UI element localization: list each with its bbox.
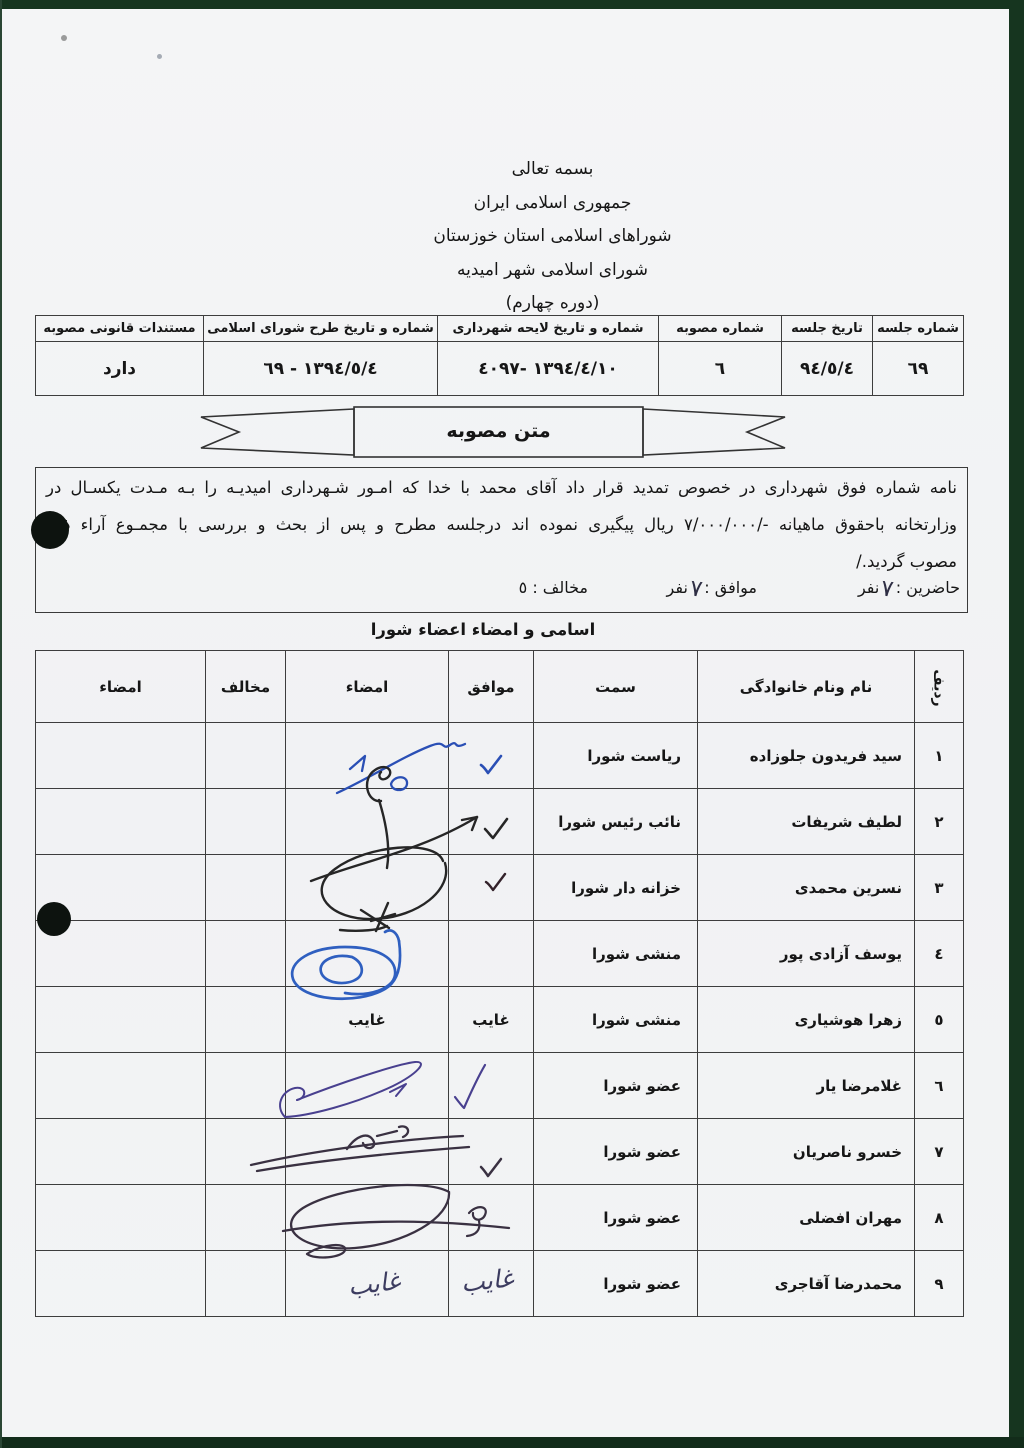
sig-agree-cell bbox=[286, 723, 449, 789]
sig-oppose-cell bbox=[36, 1053, 206, 1119]
agree-cell bbox=[449, 921, 534, 987]
attendance-present: حاضرین :٧نفر bbox=[790, 578, 960, 601]
header-row-no: ردیف bbox=[915, 651, 964, 723]
agree-cell-absent: غایب bbox=[449, 987, 534, 1053]
member-no: ٧ bbox=[915, 1119, 964, 1185]
members-table: امضاء مخالف امضاء موافق سمت نام ونام خان… bbox=[35, 650, 964, 1317]
member-name: خسرو ناصریان bbox=[698, 1119, 915, 1185]
header-session-no: شماره جلسه bbox=[873, 316, 964, 342]
member-row-6: عضو شورا غلامرضا یار ٦ bbox=[36, 1053, 964, 1119]
member-no: ٤ bbox=[915, 921, 964, 987]
agree-count-handwritten: ٧ bbox=[689, 577, 704, 601]
member-name: یوسف آزادی پور bbox=[698, 921, 915, 987]
oppose-count: ٥ bbox=[519, 578, 528, 597]
member-row-8: عضو شورا مهران افضلی ٨ bbox=[36, 1185, 964, 1251]
oppose-cell bbox=[206, 1185, 286, 1251]
hole-punch-mark-top bbox=[31, 511, 69, 549]
member-no: ١ bbox=[915, 723, 964, 789]
header-session-date: تاریخ جلسه bbox=[782, 316, 873, 342]
member-row-5: غایب غایب منشی شورا زهرا هوشیاری ٥ bbox=[36, 987, 964, 1053]
header-position: سمت bbox=[534, 651, 698, 723]
value-municipality-bill-no-date: ١٣٩٤/٤/١٠ -٤٠٩٧ bbox=[438, 342, 659, 396]
oppose-cell bbox=[206, 855, 286, 921]
sig-oppose-cell bbox=[36, 1251, 206, 1317]
banner-title: متن مصوبه bbox=[354, 405, 643, 457]
member-no: ٦ bbox=[915, 1053, 964, 1119]
resolution-line-1: نامه شماره فوق شهرداری در خصوص تمدید قرا… bbox=[46, 478, 957, 497]
sig-agree-cell-absent: غایب bbox=[286, 987, 449, 1053]
scanner-edge-top bbox=[0, 0, 1024, 9]
header-resolution-no: شماره مصوبه bbox=[659, 316, 782, 342]
member-position: عضو شورا bbox=[534, 1119, 698, 1185]
member-position: نائب رئیس شورا bbox=[534, 789, 698, 855]
resolution-info-table: مستندات قانونی مصوبه شماره و تاریخ طرح ش… bbox=[35, 315, 964, 396]
member-no: ٥ bbox=[915, 987, 964, 1053]
attendance-agree: موافق :٧نفر bbox=[612, 578, 757, 601]
city-council-line: شورای اسلامی شهر امیدیه bbox=[80, 254, 1024, 288]
value-session-date: ٩٤/٥/٤ bbox=[782, 342, 873, 396]
header-signature-oppose: امضاء bbox=[36, 651, 206, 723]
province-council-line: شوراهای اسلامی استان خوزستان bbox=[80, 220, 1024, 254]
oppose-cell bbox=[206, 1251, 286, 1317]
header-legal-docs: مستندات قانونی مصوبه bbox=[36, 316, 204, 342]
member-no: ٨ bbox=[915, 1185, 964, 1251]
member-no: ٢ bbox=[915, 789, 964, 855]
header-agree: موافق bbox=[449, 651, 534, 723]
member-name: محمدرضا آقاجری bbox=[698, 1251, 915, 1317]
oppose-cell bbox=[206, 1119, 286, 1185]
member-row-2: نائب رئیس شورا لطیف شریفات ٢ bbox=[36, 789, 964, 855]
row-no-rotated-label: ردیف bbox=[931, 669, 947, 706]
resolution-line-2: وزارتخانه باحقوق ماهیانه ٧/٠٠٠/٠٠٠/- ریا… bbox=[46, 515, 957, 534]
member-name: نسرین محمدی bbox=[698, 855, 915, 921]
value-council-plan-no-date: ١٣٩٤/٥/٤ - ٦٩ bbox=[204, 342, 438, 396]
sig-agree-cell bbox=[286, 789, 449, 855]
scanner-edge-right bbox=[1009, 0, 1024, 1448]
header-oppose: مخالف bbox=[206, 651, 286, 723]
oppose-cell bbox=[206, 921, 286, 987]
info-header-row: مستندات قانونی مصوبه شماره و تاریخ طرح ش… bbox=[36, 316, 964, 342]
sig-agree-cell bbox=[286, 855, 449, 921]
member-no: ٣ bbox=[915, 855, 964, 921]
resolution-line-2-end: ریال پیگیری نموده اند درجلسه مطرح و پس ا… bbox=[46, 515, 674, 534]
member-row-9: عضو شورا محمدرضا آقاجری ٩ bbox=[36, 1251, 964, 1317]
value-resolution-no: ٦ bbox=[659, 342, 782, 396]
members-section-title: اسامی و امضاء اعضاء شورا bbox=[348, 620, 618, 639]
hole-punch-mark-bottom bbox=[37, 902, 71, 936]
member-name: لطیف شریفات bbox=[698, 789, 915, 855]
member-position: منشی شورا bbox=[534, 987, 698, 1053]
members-header-row: امضاء مخالف امضاء موافق سمت نام ونام خان… bbox=[36, 651, 964, 723]
agree-cell bbox=[449, 1251, 534, 1317]
member-row-7: عضو شورا خسرو ناصریان ٧ bbox=[36, 1119, 964, 1185]
present-unit: نفر bbox=[858, 578, 879, 597]
member-position: خزانه دار شورا bbox=[534, 855, 698, 921]
oppose-cell bbox=[206, 789, 286, 855]
sig-agree-cell bbox=[286, 921, 449, 987]
scanner-edge-left bbox=[0, 0, 2, 1448]
sig-oppose-cell bbox=[36, 987, 206, 1053]
info-value-row: دارد ١٣٩٤/٥/٤ - ٦٩ ١٣٩٤/٤/١٠ -٤٠٩٧ ٦ ٩٤/… bbox=[36, 342, 964, 396]
sig-oppose-cell bbox=[36, 1185, 206, 1251]
value-session-no: ٦٩ bbox=[873, 342, 964, 396]
member-position: عضو شورا bbox=[534, 1251, 698, 1317]
besmele-line: بسمه تعالی bbox=[80, 153, 1024, 187]
member-row-1: ریاست شورا سید فریدون جلوزاده ١ bbox=[36, 723, 964, 789]
member-row-4: منشی شورا یوسف آزادی پور ٤ bbox=[36, 921, 964, 987]
member-position: ریاست شورا bbox=[534, 723, 698, 789]
sig-agree-cell bbox=[286, 1119, 449, 1185]
member-name: مهران افضلی bbox=[698, 1185, 915, 1251]
agree-cell bbox=[449, 1185, 534, 1251]
oppose-label: مخالف : bbox=[532, 578, 588, 597]
country-line: جمهوری اسلامی ایران bbox=[80, 187, 1024, 221]
sig-oppose-cell bbox=[36, 723, 206, 789]
header-council-plan-no-date: شماره و تاریخ طرح شورای اسلامی bbox=[204, 316, 438, 342]
oppose-cell bbox=[206, 723, 286, 789]
oppose-cell bbox=[206, 1053, 286, 1119]
sig-agree-cell bbox=[286, 1053, 449, 1119]
sig-oppose-cell bbox=[36, 1119, 206, 1185]
scanned-document-page: بسمه تعالی جمهوری اسلامی ایران شوراهای ا… bbox=[0, 0, 1024, 1448]
sig-agree-cell bbox=[286, 1185, 449, 1251]
member-row-3: خزانه دار شورا نسرین محمدی ٣ bbox=[36, 855, 964, 921]
agree-cell bbox=[449, 723, 534, 789]
agree-cell bbox=[449, 1053, 534, 1119]
resolution-banner: متن مصوبه bbox=[193, 405, 793, 459]
agree-label: موافق : bbox=[704, 578, 757, 597]
header-name: نام ونام خانوادگی bbox=[698, 651, 915, 723]
agree-unit: نفر bbox=[667, 578, 688, 597]
header-signature-agree: امضاء bbox=[286, 651, 449, 723]
agree-cell bbox=[449, 855, 534, 921]
resolution-line-3: مصوب گردید./ bbox=[46, 552, 957, 571]
member-position: عضو شورا bbox=[534, 1053, 698, 1119]
agree-cell bbox=[449, 789, 534, 855]
member-name: سید فریدون جلوزاده bbox=[698, 723, 915, 789]
agree-cell bbox=[449, 1119, 534, 1185]
member-name: غلامرضا یار bbox=[698, 1053, 915, 1119]
sig-oppose-cell bbox=[36, 789, 206, 855]
member-name: زهرا هوشیاری bbox=[698, 987, 915, 1053]
scanner-edge-bottom bbox=[0, 1437, 1024, 1448]
member-position: عضو شورا bbox=[534, 1185, 698, 1251]
sig-agree-cell bbox=[286, 1251, 449, 1317]
present-count-handwritten: ٧ bbox=[880, 577, 895, 601]
letterhead: بسمه تعالی جمهوری اسلامی ایران شوراهای ا… bbox=[80, 153, 1024, 321]
present-label: حاضرین : bbox=[896, 578, 960, 597]
oppose-cell bbox=[206, 987, 286, 1053]
attendance-oppose: مخالف : ٥ bbox=[478, 578, 588, 597]
resolution-line-2-start: وزارتخانه باحقوق ماهیانه bbox=[779, 515, 957, 534]
member-position: منشی شورا bbox=[534, 921, 698, 987]
value-legal-docs: دارد bbox=[36, 342, 204, 396]
header-municipality-bill-no-date: شماره و تاریخ لایحه شهرداری bbox=[438, 316, 659, 342]
stray-mark bbox=[61, 35, 67, 41]
member-no: ٩ bbox=[915, 1251, 964, 1317]
monthly-salary-amount: ٧/٠٠٠/٠٠٠/- bbox=[684, 515, 769, 534]
stray-mark bbox=[157, 54, 162, 59]
